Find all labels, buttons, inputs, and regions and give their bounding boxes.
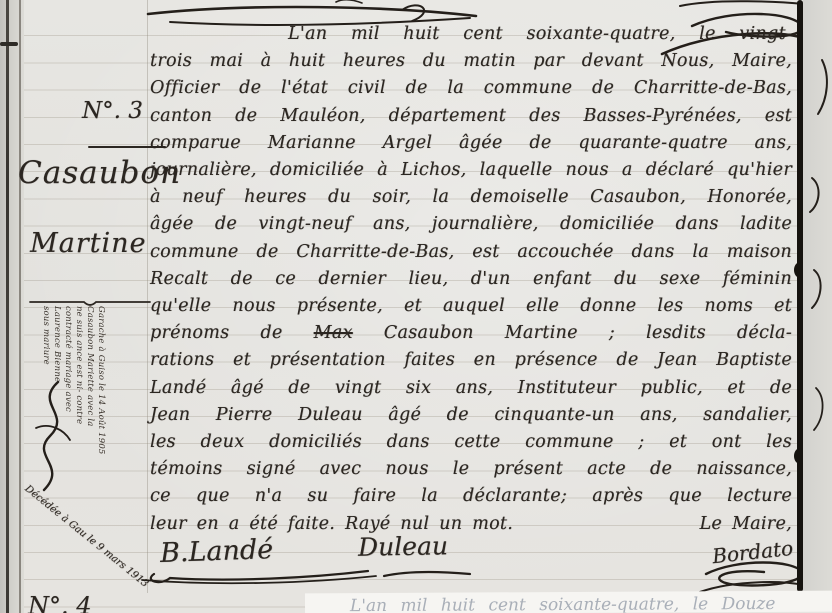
act-line: à neuf heures du soir, la demoiselle Cas… <box>150 184 792 211</box>
act-closing-line: leur en a été faite. Rayé nul un mot. Le… <box>150 511 792 538</box>
act-line-with-strikeout: prénoms de Max Casaubon Martine ; lesdit… <box>150 320 792 347</box>
act-line: trois mai à huit heures du matin par dev… <box>150 48 792 75</box>
act-body-text: L'an mil huit cent soixante-quatre, le v… <box>150 21 792 538</box>
act-line: rations et présentation faites en présen… <box>150 347 792 374</box>
act-line: Recalt de ce dernier lieu, d'un enfant d… <box>150 266 792 293</box>
act-line: les deux domiciliés dans cette commune ;… <box>150 429 792 456</box>
act-line: Officier de l'état civil de la commune d… <box>150 75 792 102</box>
act-line: Landé âgé de vingt six ans, Instituteur … <box>150 375 792 402</box>
margin-note-line: Casaubon Mariette avec la <box>84 306 95 492</box>
act-number: N°. 3 <box>82 98 143 124</box>
act-line: Jean Pierre Duleau âgé de cinquante-un a… <box>150 402 792 429</box>
civil-register-scan: N°. 3 Casaubon Martine Garache à Guiso l… <box>0 0 832 613</box>
closing-text: leur en a été faite. Rayé nul un mot. <box>150 511 513 538</box>
line-text: Casaubon Martine ; lesdits décla- <box>353 323 792 343</box>
opposite-page-ink-fragments <box>806 58 832 438</box>
act-line: canton de Mauléon, département des Basse… <box>150 103 792 130</box>
signature-witness-lande: B.Landé <box>159 534 273 569</box>
margin-rule <box>147 0 148 593</box>
mayor-title: Le Maire, <box>700 511 792 538</box>
margin-signature-flourish <box>24 378 76 496</box>
next-act-number: N°. 4 <box>28 592 92 613</box>
act-line: comparue Marianne Argel âgée de quarante… <box>150 130 792 157</box>
next-page-scan-strip: L'an mil huit cent soixante-quatre, le D… <box>305 591 832 613</box>
next-page-first-line: L'an mil huit cent soixante-quatre, le D… <box>350 594 776 613</box>
act-line: ce que n'a su faire la déclarante; après… <box>150 483 792 510</box>
signature-duleau-underline <box>382 568 472 580</box>
act-line: âgée de vingt-neuf ans, journalière, dom… <box>150 211 792 238</box>
act-line: témoins signé avec nous le présent acte … <box>150 456 792 483</box>
left-page-edge <box>0 0 24 613</box>
line-text: prénoms de <box>150 323 314 343</box>
act-line: L'an mil huit cent soixante-quatre, le v… <box>150 21 792 48</box>
struck-word: Max <box>314 323 353 343</box>
act-line: journalière, domiciliée à Lichos, laquel… <box>150 157 792 184</box>
act-line: commune de Charritte-de-Bas, est accouch… <box>150 239 792 266</box>
act-firstname: Martine <box>30 228 147 259</box>
signature-lande-underline <box>140 566 380 584</box>
signature-witness-duleau: Duleau <box>358 531 448 562</box>
margin-note-line: Garache à Guiso le 14 Août 1905 <box>95 306 106 492</box>
left-edge-mark <box>0 42 18 46</box>
act-line: qu'elle nous présente, et auquel elle do… <box>150 293 792 320</box>
